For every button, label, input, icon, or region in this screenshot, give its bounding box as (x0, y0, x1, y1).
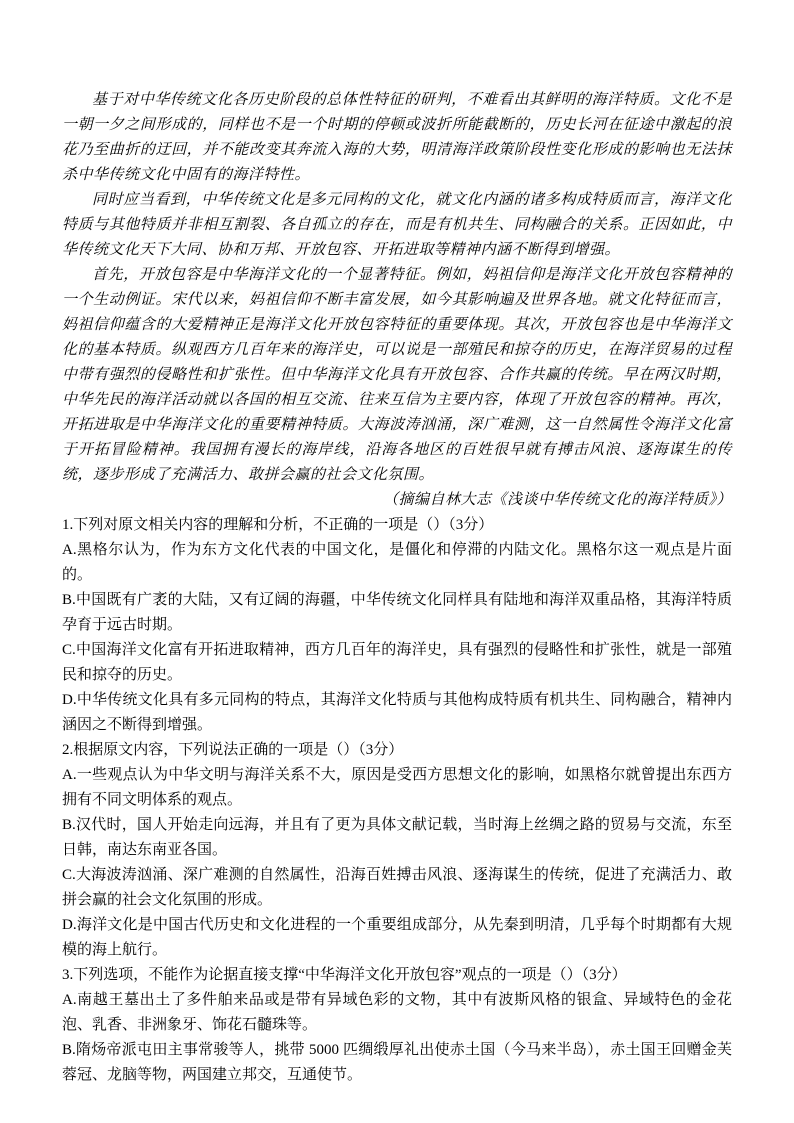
question-2-option-b: B.汉代时，国人开始走向远海，并且有了更为具体文献记载，当时海上丝绸之路的贸易与… (62, 813, 732, 863)
question-3-option-b: B.隋炀帝派屯田主事常骏等人，挑带 5000 匹绸缎厚礼出使赤土国（今马来半岛）… (62, 1038, 732, 1088)
question-1-option-d: D.中华传统文化具有多元同构的特点，其海洋文化特质与其他构成特质有机共生、同构融… (62, 688, 732, 738)
passage-paragraph-1: 基于对中华传统文化各历史阶段的总体性特征的研判，不难看出其鲜明的海洋特质。文化不… (62, 88, 732, 188)
question-3-option-a: A.南越王墓出土了多件舶来品或是带有异域色彩的文物，其中有波斯风格的银盒、异域特… (62, 988, 732, 1038)
question-1-option-c: C.中国海洋文化富有开拓进取精神，西方几百年的海洋史，具有强烈的侵略性和扩张性，… (62, 638, 732, 688)
question-1: 1.下列对原文相关内容的理解和分析，不正确的一项是（）（3分） A.黑格尔认为，… (62, 513, 732, 738)
reading-passage: 基于对中华传统文化各历史阶段的总体性特征的研判，不难看出其鲜明的海洋特质。文化不… (62, 88, 732, 513)
question-2-option-d: D.海洋文化是中国古代历史和文化进程的一个重要组成部分，从先秦到明清，几乎每个时… (62, 913, 732, 963)
question-2-option-a: A.一些观点认为中华文明与海洋关系不大，原因是受西方思想文化的影响，如黑格尔就曾… (62, 763, 732, 813)
question-2-option-c: C.大海波涛汹涌、深广难测的自然属性，沿海百姓搏击风浪、逐海谋生的传统，促进了充… (62, 863, 732, 913)
question-3: 3.下列选项，不能作为论据直接支撑“中华海洋文化开放包容”观点的一项是（）（3分… (62, 963, 732, 1088)
passage-paragraph-3: 首先，开放包容是中华海洋文化的一个显著特征。例如，妈祖信仰是海洋文化开放包容精神… (62, 263, 732, 488)
question-1-stem: 1.下列对原文相关内容的理解和分析，不正确的一项是（）（3分） (62, 513, 732, 538)
question-2-stem: 2.根据原文内容，下列说法正确的一项是（）（3分） (62, 738, 732, 763)
question-1-option-b: B.中国既有广袤的大陆，又有辽阔的海疆，中华传统文化同样具有陆地和海洋双重品格，… (62, 588, 732, 638)
passage-paragraph-2: 同时应当看到，中华传统文化是多元同构的文化，就文化内涵的诸多构成特质而言，海洋文… (62, 188, 732, 263)
document-page: 基于对中华传统文化各历史阶段的总体性特征的研判，不难看出其鲜明的海洋特质。文化不… (0, 0, 794, 1123)
question-2: 2.根据原文内容，下列说法正确的一项是（）（3分） A.一些观点认为中华文明与海… (62, 738, 732, 963)
questions-section: 1.下列对原文相关内容的理解和分析，不正确的一项是（）（3分） A.黑格尔认为，… (62, 513, 732, 1088)
passage-attribution: （摘编自林大志《浅谈中华传统文化的海洋特质》） (62, 488, 732, 513)
question-1-option-a: A.黑格尔认为，作为东方文化代表的中国文化，是僵化和停滞的内陆文化。黑格尔这一观… (62, 538, 732, 588)
question-3-stem: 3.下列选项，不能作为论据直接支撑“中华海洋文化开放包容”观点的一项是（）（3分… (62, 963, 732, 988)
